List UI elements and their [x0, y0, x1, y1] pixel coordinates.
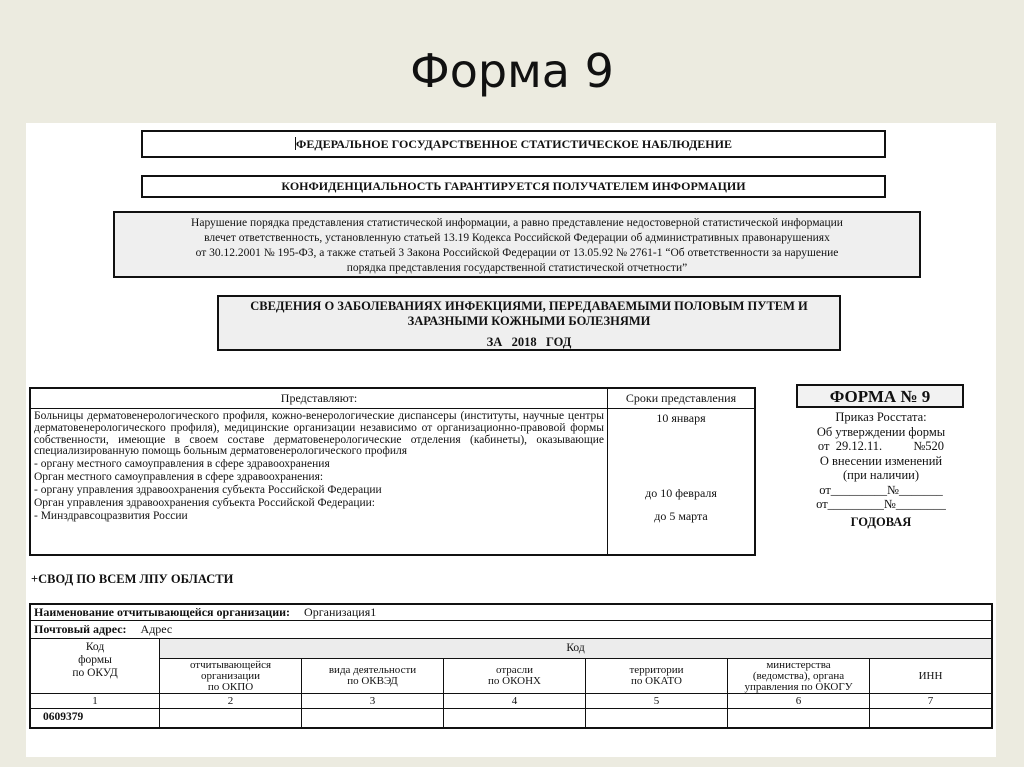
notice-line: от 30.12.2001 № 195-ФЗ, а также статьей … — [115, 246, 919, 261]
approval-label: Об утверждении формы — [781, 425, 981, 440]
code-column-header-text: отраслипо ОКОНХ — [488, 665, 541, 687]
code-column-header-line: управления по ОКОГУ — [744, 682, 852, 693]
postal-address-label: Почтовый адрес: — [34, 622, 127, 636]
deadline: 10 января — [608, 411, 754, 426]
column-number: 7 — [870, 694, 991, 709]
submitters-header: Представляют: — [31, 389, 608, 409]
periodicity-label: ГОДОВАЯ — [781, 515, 981, 530]
deadlines-list: 10 января до 10 февраля до 5 марта — [608, 409, 754, 554]
federal-header-text: ФЕДЕРАЛЬНОЕ ГОСУДАРСТВЕННОЕ СТАТИСТИЧЕСК… — [296, 137, 732, 151]
notice-line: Нарушение порядка представления статисти… — [115, 216, 919, 231]
submitter-line: - органу местного самоуправления в сфере… — [34, 458, 604, 471]
column-number: 3 — [302, 694, 444, 709]
column-number: 4 — [444, 694, 586, 709]
deadlines-header: Сроки представления — [608, 389, 754, 409]
report-title: СВЕДЕНИЯ О ЗАБОЛЕВАНИЯХ ИНФЕКЦИЯМИ, ПЕРЕ… — [217, 295, 841, 351]
approval-date: от 29.12.11. №520 — [781, 439, 981, 454]
code-column-header-text: министерства(ведомства), органауправлени… — [744, 660, 852, 693]
form-approval-info: Приказ Росстата: Об утверждении формы от… — [781, 410, 981, 529]
okud-header-line: Код — [31, 641, 159, 654]
code-column-header-text: ИНН — [919, 671, 943, 682]
submitter-line: Орган управления здравоохранения субъект… — [34, 497, 604, 510]
report-title-line: ЗАРАЗНЫМИ КОЖНЫМИ БОЛЕЗНЯМИ — [219, 314, 839, 329]
code-value-cell[interactable] — [160, 709, 302, 727]
code-value-cell[interactable] — [444, 709, 586, 727]
code-column-header-line: по ОКПО — [190, 682, 271, 693]
code-value-cell[interactable] — [586, 709, 728, 727]
submitters-paragraph: Больницы дерматовенерологического профил… — [34, 411, 604, 458]
code-value-cell[interactable] — [870, 709, 991, 727]
code-column-header: вида деятельностипо ОКВЭД — [302, 659, 444, 694]
organization-table: Наименование отчитывающейся организации:… — [29, 603, 993, 729]
deadline: до 5 марта — [608, 509, 754, 524]
code-column-header-line: ИНН — [919, 671, 943, 682]
confidentiality-header: КОНФИДЕНЦИАЛЬНОСТЬ ГАРАНТИРУЕТСЯ ПОЛУЧАТ… — [141, 175, 886, 198]
legal-notice: Нарушение порядка представления статисти… — [113, 211, 921, 278]
federal-observation-header: ФЕДЕРАЛЬНОЕ ГОСУДАРСТВЕННОЕ СТАТИСТИЧЕСК… — [141, 130, 886, 158]
changes-blank-1: от_________№_______ — [781, 483, 981, 498]
form-document: ФЕДЕРАЛЬНОЕ ГОСУДАРСТВЕННОЕ СТАТИСТИЧЕСК… — [26, 123, 996, 757]
column-number: 6 — [728, 694, 870, 709]
code-column-header-text: территориипо ОКАТО — [629, 665, 683, 687]
code-value-cell[interactable] — [728, 709, 870, 727]
changes-label: О внесении изменений — [781, 454, 981, 469]
okud-header-line: по ОКУД — [31, 667, 159, 680]
code-column-header-line: министерства — [744, 660, 852, 671]
submitter-line: Орган местного самоуправления в сфере зд… — [34, 471, 604, 484]
submitters-list: Больницы дерматовенерологического профил… — [31, 409, 608, 554]
organization-name-label: Наименование отчитывающейся организации: — [34, 605, 290, 619]
code-group-header: Код — [160, 639, 991, 659]
code-column-header: ИНН — [870, 659, 991, 694]
code-column-header-line: (ведомства), органа — [744, 671, 852, 682]
slide-title: Форма 9 — [0, 44, 1024, 98]
order-label: Приказ Росстата: — [781, 410, 981, 425]
code-column-header-line: организации — [190, 671, 271, 682]
code-column-header: отчитывающейсяорганизациипо ОКПО — [160, 659, 302, 694]
organization-name-row: Наименование отчитывающейся организации:… — [31, 605, 991, 621]
code-column-header-text: отчитывающейсяорганизациипо ОКПО — [190, 660, 271, 693]
submitters-table: Представляют: Сроки представления Больни… — [29, 387, 756, 556]
code-column-header-text: вида деятельностипо ОКВЭД — [329, 665, 416, 687]
form-number-badge: ФОРМА № 9 — [796, 384, 964, 408]
code-value-cell[interactable] — [302, 709, 444, 727]
organization-name-value: Организация1 — [304, 605, 376, 619]
code-column-header-line: по ОКОНХ — [488, 676, 541, 687]
code-column-header-line: отчитывающейся — [190, 660, 271, 671]
code-column-header-line: по ОКАТО — [629, 676, 683, 687]
summary-label: +СВОД ПО ВСЕМ ЛПУ ОБЛАСТИ — [31, 572, 233, 587]
okud-header: Код формы по ОКУД — [31, 639, 160, 694]
if-any-label: (при наличии) — [781, 468, 981, 483]
okud-value: 0609379 — [31, 709, 160, 727]
report-period: ЗА 2018 ГОД — [219, 335, 839, 350]
submitter-line: - органу управления здравоохранения субъ… — [34, 484, 604, 497]
code-column-header-line: по ОКВЭД — [329, 676, 416, 687]
changes-blank-2: от_________№________ — [781, 497, 981, 512]
okud-header-line: формы — [31, 654, 159, 667]
notice-line: порядка представления государственной ст… — [115, 261, 919, 276]
postal-address-row: Почтовый адрес:Адрес — [31, 621, 991, 639]
postal-address-value: Адрес — [141, 622, 173, 636]
notice-line: влечет ответственность, установленную ст… — [115, 231, 919, 246]
column-number: 1 — [31, 694, 160, 709]
deadline: до 10 февраля — [608, 486, 754, 501]
code-column-header: министерства(ведомства), органауправлени… — [728, 659, 870, 694]
code-column-header: территориипо ОКАТО — [586, 659, 728, 694]
column-number: 2 — [160, 694, 302, 709]
code-column-header: отраслипо ОКОНХ — [444, 659, 586, 694]
column-number: 5 — [586, 694, 728, 709]
report-title-line: СВЕДЕНИЯ О ЗАБОЛЕВАНИЯХ ИНФЕКЦИЯМИ, ПЕРЕ… — [219, 299, 839, 314]
submitter-line: - Минздравсоцразвития России — [34, 510, 604, 523]
